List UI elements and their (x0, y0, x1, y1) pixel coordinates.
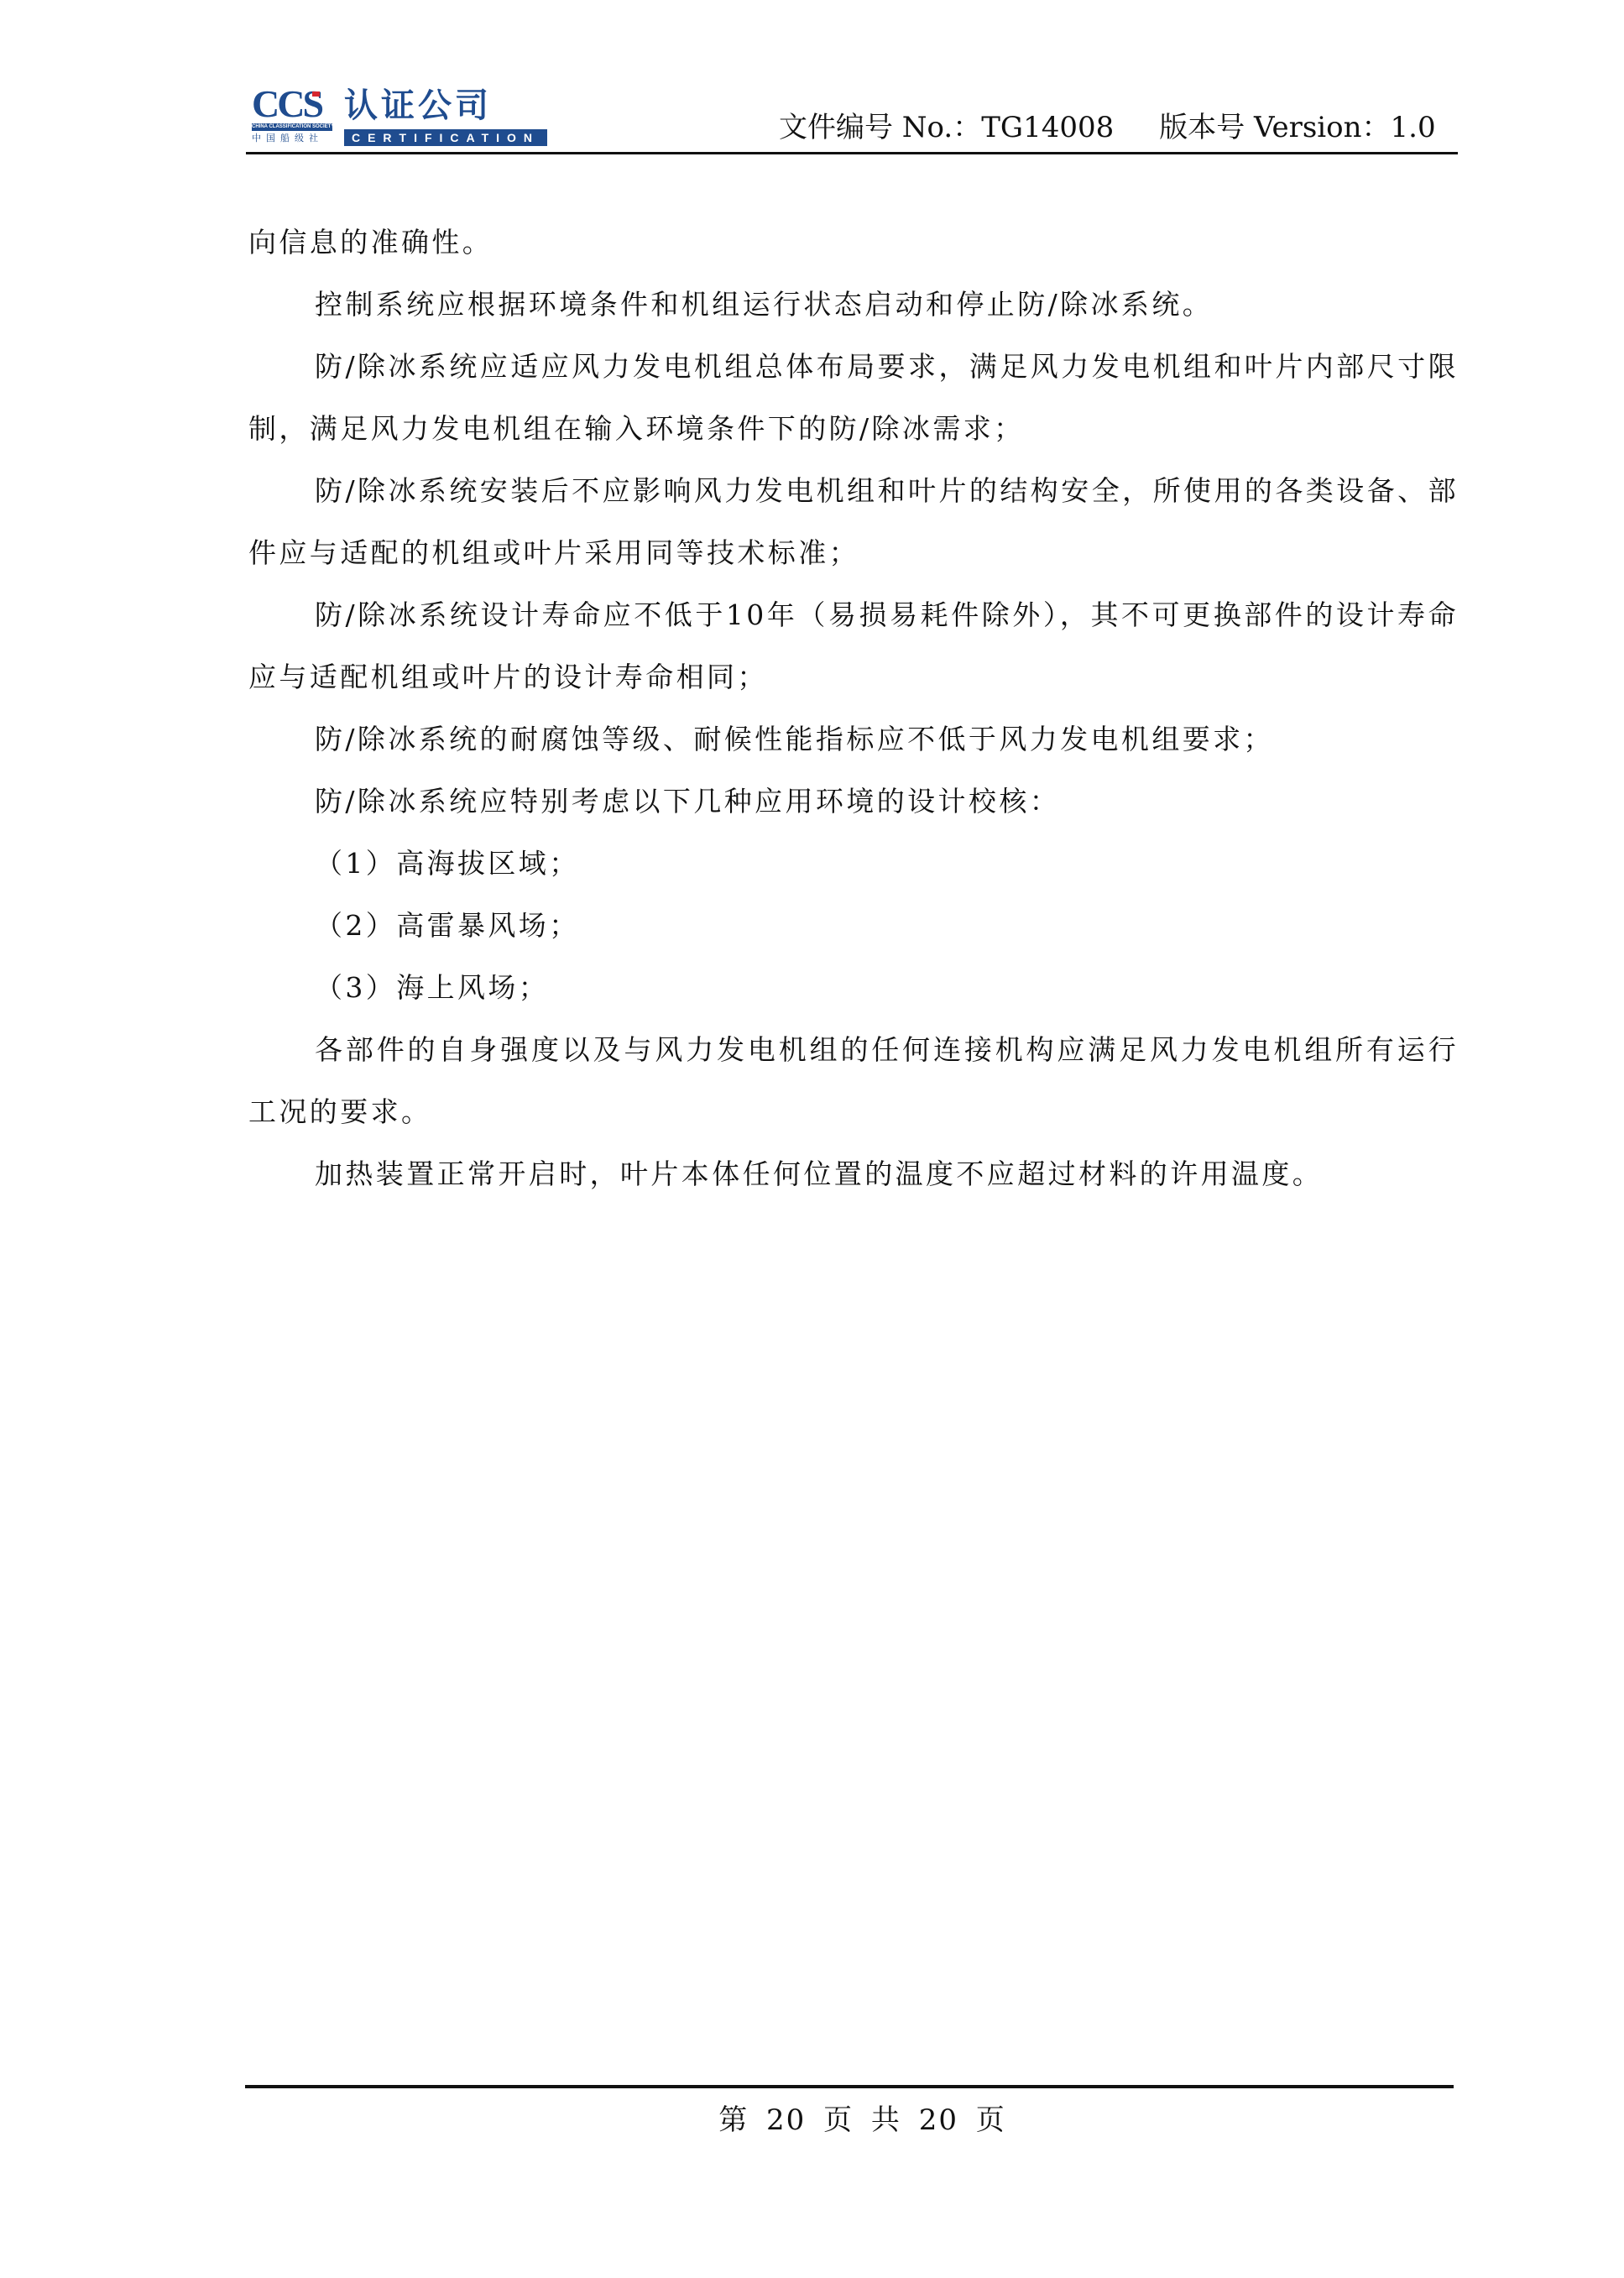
ccs-certification-logo: CCS CHINA CLASSIFICATION SOCIETY 中国船级社 认… (252, 87, 547, 148)
list-item-thunderstorm: （2）高雷暴风场； (248, 895, 1459, 957)
header-divider (246, 152, 1458, 154)
document-body: 向信息的准确性。 控制系统应根据环境条件和机组运行状态启动和停止防/除冰系统。 … (248, 212, 1459, 1205)
footer-divider (245, 2085, 1454, 2088)
page-number: 第 20 页 共 20 页 (0, 2098, 1624, 2142)
society-name-cn: 中国船级社 (252, 133, 332, 144)
list-item-offshore: （3）海上风场； (248, 957, 1459, 1019)
ccs-brand-mark: CCS (252, 87, 336, 121)
paragraph-component-strength: 各部件的自身强度以及与风力发电机组的任何连接机构应满足风力发电机组所有运行工况的… (248, 1019, 1459, 1143)
paragraph-control-system: 控制系统应根据环境条件和机组运行状态启动和停止防/除冰系统。 (248, 274, 1459, 336)
paragraph-heating-temperature: 加热装置正常开启时，叶片本体任何位置的温度不应超过材料的许用温度。 (248, 1143, 1459, 1205)
company-name-cn: 认证公司 (344, 87, 492, 124)
society-name-en: CHINA CLASSIFICATION SOCIETY (252, 123, 332, 131)
company-name-en: CERTIFICATION (344, 129, 547, 146)
list-item-high-altitude: （1）高海拔区域； (248, 833, 1459, 895)
document-number: 文件编号 No.：TG14008 (779, 111, 1114, 144)
paragraph-structural-safety: 防/除冰系统安装后不应影响风力发电机组和叶片的结构安全，所使用的各类设备、部件应… (248, 460, 1459, 584)
paragraph-layout-requirements: 防/除冰系统应适应风力发电机组总体布局要求，满足风力发电机组和叶片内部尺寸限制，… (248, 336, 1459, 460)
document-meta: 文件编号 No.：TG14008版本号 Version：1.0 (779, 109, 1459, 146)
paragraph-corrosion-resistance: 防/除冰系统的耐腐蚀等级、耐候性能指标应不低于风力发电机组要求； (248, 708, 1459, 771)
document-version: 版本号 Version：1.0 (1159, 111, 1435, 144)
paragraph-design-life: 防/除冰系统设计寿命应不低于10年（易损易耗件除外），其不可更换部件的设计寿命应… (248, 584, 1459, 708)
continuation-text: 向信息的准确性。 (248, 212, 1459, 274)
paragraph-environment-checks: 防/除冰系统应特别考虑以下几种应用环境的设计校核： (248, 771, 1459, 833)
